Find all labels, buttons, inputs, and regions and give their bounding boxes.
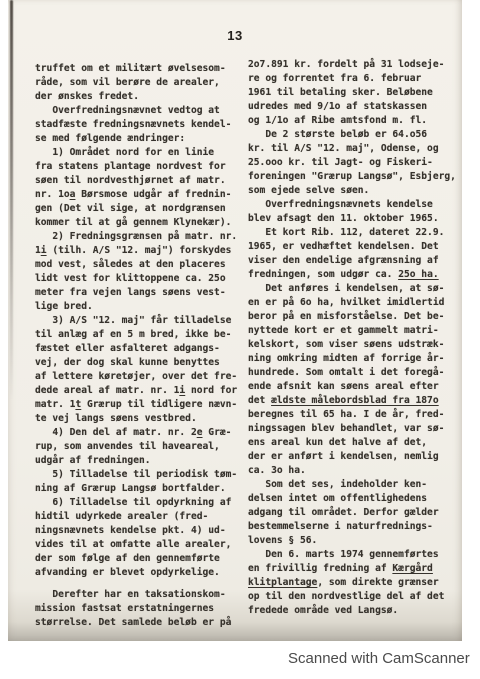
text-line: truffet om et militært øvelsesom-	[35, 62, 243, 76]
text-line: ende afsnit kan søens areal efter	[248, 380, 464, 394]
text-line: Overfredningsnævnet vedtog at	[35, 104, 243, 118]
text-line: klitplantage, som direkte grænser	[248, 576, 464, 590]
text-line: 1961 til betaling sker. Beløbene	[248, 86, 464, 100]
text-line: hidtil udyrkede arealer (fred-	[35, 510, 243, 524]
scanned-page: 13 truffet om et militært øvelsesom-råde…	[8, 0, 462, 641]
text-line: som ejede selve søen.	[248, 184, 464, 198]
text-line: til anlæg af en 5 m bred, ikke be-	[35, 328, 243, 342]
text-line: 25.ooo kr. til Jagt- og Fiskeri-	[248, 156, 464, 170]
text-line: delsen intet om offentlighedens	[248, 492, 464, 506]
underlined-text: i	[41, 245, 47, 256]
text-line: stadfæste fredningsnævnets kendel-	[35, 118, 243, 132]
text-line: Som det ses, indeholder ken-	[248, 478, 464, 492]
text-line: fredede område ved Langsø.	[248, 604, 464, 618]
text-column-left: truffet om et militært øvelsesom-råde, s…	[35, 62, 243, 630]
text-line: ningsnævnets kendelse pkt. 4) ud-	[35, 524, 243, 538]
text-line: lige bred.	[35, 300, 243, 314]
text-line: Et kort Rib. 112, dateret 22.9.	[248, 226, 464, 240]
text-line: mod vest, således at den placeres	[35, 258, 243, 272]
underlined-text: t	[75, 399, 81, 410]
text-line: udredes med 9/1o af statskassen	[248, 100, 464, 114]
text-line: De 2 største beløb er 64.o56	[248, 128, 464, 142]
text-line: blev afsagt den 11. oktober 1965.	[248, 212, 464, 226]
text-line: re og forrentet fra 6. februar	[248, 72, 464, 86]
text-line: lovens § 56.	[248, 534, 464, 548]
underlined-text: e	[197, 427, 203, 438]
text-line: 3) A/S "12. maj" får tilladelse	[35, 314, 243, 328]
text-line: ningssagen blev behandlet, var sø-	[248, 422, 464, 436]
text-line: adgang til området. Derfor gælder	[248, 506, 464, 520]
text-line: kr. til A/S "12. maj", Odense, og	[248, 142, 464, 156]
text-line: nyttede kort er et gammelt matri-	[248, 324, 464, 338]
text-line: størrelse. Det samlede beløb er på	[35, 616, 243, 630]
text-line: 6) Tilladelse til opdyrkning af	[35, 496, 243, 510]
text-line: 2) Fredningsgrænsen på matr. nr.	[35, 230, 243, 244]
text-line: afvanding er blevet opdyrkelige.	[35, 566, 243, 580]
page-number: 13	[8, 28, 462, 43]
text-line: mission fastsat erstatningernes	[35, 602, 243, 616]
text-line	[35, 580, 243, 588]
text-line: Den 6. marts 1974 gennemførtes	[248, 548, 464, 562]
text-line: fredningen, som udgør ca. 25o ha.	[248, 268, 464, 282]
text-line: vides til at omfatte alle arealer,	[35, 538, 243, 552]
text-column-right: 2o7.891 kr. fordelt på 31 lodseje-re og …	[248, 58, 464, 618]
underlined-text: klitplantage	[248, 577, 317, 588]
text-line: Derefter har en taksationskom-	[35, 588, 243, 602]
text-line: det ældste målebordsblad fra 187o	[248, 394, 464, 408]
text-line: rup, som anvendes til haveareal,	[35, 440, 243, 454]
text-line: se med følgende ændringer:	[35, 132, 243, 146]
text-line: foreningen "Grærup Langsø", Esbjerg,	[248, 170, 464, 184]
text-line: matr. 1t Grærup til tidligere nævn-	[35, 398, 243, 412]
text-line: 1) Området nord for en linie	[35, 146, 243, 160]
text-line: råde, som vil berøre de arealer,	[35, 76, 243, 90]
text-line: af lettere køretøjer, over det fre-	[35, 370, 243, 384]
text-line: der ønskes fredet.	[35, 90, 243, 104]
text-line: fra statens plantage nordvest for	[35, 160, 243, 174]
text-line: 2o7.891 kr. fordelt på 31 lodseje-	[248, 58, 464, 72]
text-line: kommer til at gå gennem Klynekær).	[35, 216, 243, 230]
text-line: en frivillig fredning af Kærgård	[248, 562, 464, 576]
text-line: beror på en misforståelse. Det be-	[248, 310, 464, 324]
text-line: hundrede. Som omtalt i det foregå-	[248, 366, 464, 380]
text-line: beregnes til 65 ha. I de år, fred-	[248, 408, 464, 422]
text-line: lidt vest for klittoppene ca. 25o	[35, 272, 243, 286]
camscanner-watermark: Scanned with CamScanner	[288, 650, 470, 667]
text-line: ning omkring midten af forrige år-	[248, 352, 464, 366]
text-line: kelskort, som viser søens udstræk-	[248, 338, 464, 352]
text-line: 4) Den del af matr. nr. 2e Græ-	[35, 426, 243, 440]
text-line: te vej langs søens vestbred.	[35, 412, 243, 426]
text-line: der som følge af den gennemførte	[35, 552, 243, 566]
page-spine-shadow	[10, 0, 13, 400]
text-line: Det anføres i kendelsen, at sø-	[248, 282, 464, 296]
text-line: op til den nordvestlige del af det	[248, 590, 464, 604]
text-line: en er på 6o ha, hvilket imidlertid	[248, 296, 464, 310]
text-line: nr. 1oa Børsmose udgår af frednin-	[35, 188, 243, 202]
underlined-text: a	[70, 189, 76, 200]
text-line: søen til nordvesthjørnet af matr.	[35, 174, 243, 188]
text-line: gen (Det vil sige, at nordgrænsen	[35, 202, 243, 216]
text-line: vej, der dog skal kunne benyttes	[35, 356, 243, 370]
text-line: fæstet eller asfalteret adgangs-	[35, 342, 243, 356]
underlined-text: Kærgård	[392, 563, 432, 574]
underlined-text: i	[179, 385, 185, 396]
text-line: dede areal af matr. nr. 1i nord for	[35, 384, 243, 398]
text-line: der er anført i kendelsen, nemlig	[248, 450, 464, 464]
text-line: bestemmelserne i naturfrednings-	[248, 520, 464, 534]
text-line: 5) Tilladelse til periodisk tøm-	[35, 468, 243, 482]
underlined-text: ældste målebordsblad fra 187o	[271, 395, 439, 406]
text-line: Overfredningsnævnets kendelse	[248, 198, 464, 212]
text-line: og 1/1o af Ribe amtsfond m. fl.	[248, 114, 464, 128]
text-line: 1i (tilh. A/S "12. maj") forskydes	[35, 244, 243, 258]
text-line: udgår af fredningen.	[35, 454, 243, 468]
text-line: ning af Grærup Langsø bortfalder.	[35, 482, 243, 496]
text-line: viser den endelige afgrænsning af	[248, 254, 464, 268]
underlined-text: 25o ha.	[398, 269, 438, 280]
text-line: meter fra vejen langs søens vest-	[35, 286, 243, 300]
text-line: ens areal kun det halve af det,	[248, 436, 464, 450]
text-line: 1965, er vedhæftet kendelsen. Det	[248, 240, 464, 254]
text-line: ca. 3o ha.	[248, 464, 464, 478]
